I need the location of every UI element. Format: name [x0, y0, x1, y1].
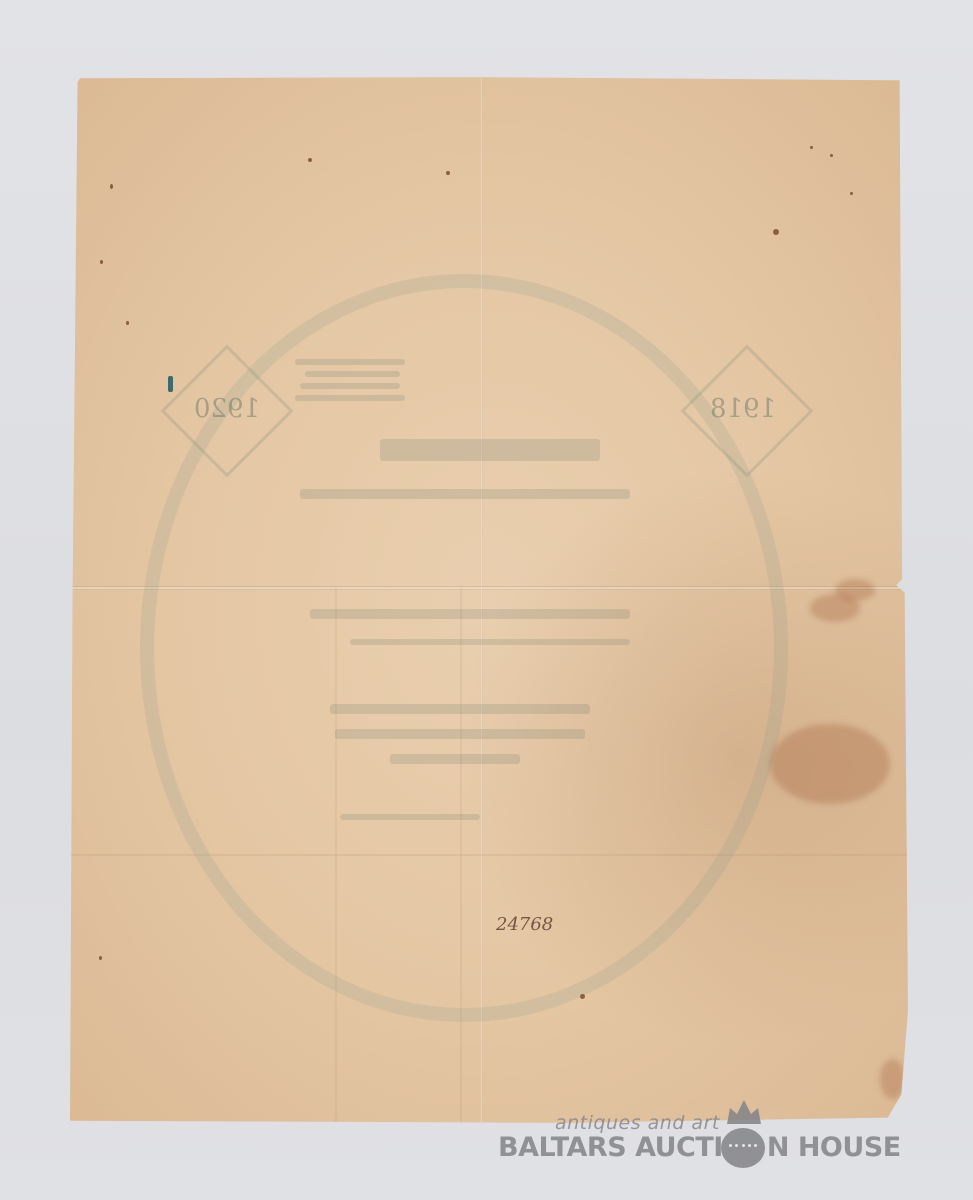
coin-logo-icon	[721, 1128, 765, 1168]
foxing-spot	[850, 192, 853, 195]
bleed-through-text	[295, 395, 405, 401]
bleed-through-text	[300, 489, 630, 499]
bleed-through-text	[310, 609, 630, 619]
foxing-spot	[773, 229, 779, 235]
stain	[880, 1059, 905, 1099]
auction-house-watermark: antiques and art BALTARS AUCTIN HOUSE	[495, 1100, 895, 1170]
bleed-through-text	[300, 383, 400, 389]
bleed-through-title	[380, 439, 600, 461]
year-left: 1920	[194, 394, 260, 424]
year-right: 1918	[710, 394, 776, 424]
foxing-spot	[580, 994, 585, 999]
foxing-spot	[446, 171, 450, 175]
watermark-name-part1: BALTARS AUCTI	[498, 1132, 723, 1163]
handwritten-number: 24768	[496, 914, 553, 935]
watermark-tagline: antiques and art	[555, 1112, 720, 1134]
crown-icon	[727, 1100, 761, 1124]
foxing-spot	[126, 321, 129, 325]
bleed-through-text	[390, 754, 520, 764]
foxing-spot	[810, 146, 813, 149]
stain	[810, 594, 860, 622]
aged-paper-document: 1920 1918 24768	[70, 74, 908, 1126]
foxing-spot	[830, 154, 833, 157]
foxing-spot	[308, 158, 312, 162]
ink-mark	[168, 376, 173, 392]
bleed-through-text	[330, 704, 590, 714]
bleed-through-text	[305, 371, 400, 377]
foxing-spot	[100, 260, 103, 264]
watermark-name: BALTARS AUCTIN HOUSE	[498, 1132, 901, 1163]
bleed-through-text	[335, 729, 585, 739]
foxing-spot	[99, 956, 102, 960]
watermark-name-part2: N HOUSE	[767, 1132, 901, 1163]
foxing-spot	[110, 184, 113, 189]
bleed-through-text	[350, 639, 630, 645]
stain	[770, 724, 890, 804]
bleed-through-text	[295, 359, 405, 365]
bleed-through-text	[340, 814, 480, 820]
